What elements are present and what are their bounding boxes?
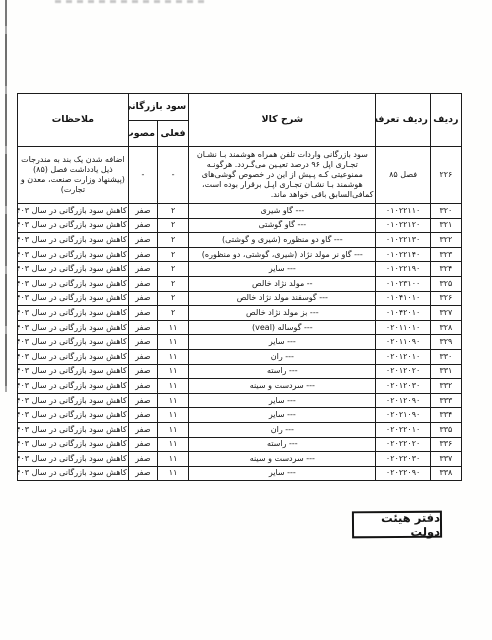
row-number-cell: ۳۲۴ (430, 262, 461, 277)
approved-profit-cell: صفر (128, 452, 157, 467)
approved-profit-cell: صفر (128, 349, 157, 364)
goods-description-cell: --- گاو نر مولد نژاد (شیری، گوشتی، دو من… (189, 247, 376, 262)
table-row: ۳۳۰ ۰۲۰۱۲۰۱۰ --- ران ۱۱ صفر کاهش سود باز… (18, 349, 462, 364)
goods-description-cell: --- گوساله (veal) (189, 320, 376, 335)
remarks-cell: کاهش سود بازرگانی در سال ۱۴۰۳ (18, 262, 129, 277)
table-row: ۳۲۲ ۰۱۰۲۲۱۳۰ --- گاو دو منظوره (شیری و گ… (18, 233, 462, 248)
table-row: ۳۲۴ ۰۱۰۲۲۱۹۰ --- سایر ۲ صفر کاهش سود باز… (18, 262, 462, 277)
remarks-cell: کاهش سود بازرگانی در سال ۱۴۰۳ (18, 335, 129, 350)
row-number-cell: ۳۲۲ (430, 233, 461, 248)
goods-description-cell: --- راسته (189, 437, 376, 452)
tariff-code-cell: ۰۱۰۲۲۱۱۰ (376, 204, 430, 219)
table-row: ۳۲۹ ۰۲۰۱۱۰۹۰ --- سایر ۱۱ صفر کاهش سود با… (18, 335, 462, 350)
goods-description-cell: سود بازرگانی واردات تلفن همراه هوشمند بـ… (189, 147, 376, 204)
table-row: ۳۳۱ ۰۲۰۱۲۰۲۰ --- راسته ۱۱ صفر کاهش سود ب… (18, 364, 462, 379)
tariff-code-cell: ۰۲۰۱۱۰۱۰ (376, 320, 430, 335)
table-row: ۳۲۸ ۰۲۰۱۱۰۱۰ --- گوساله (veal) ۱۱ صفر کا… (18, 320, 462, 335)
remarks-cell: کاهش سود بازرگانی در سال ۱۴۰۳ (18, 437, 129, 452)
current-profit-cell: ۲ (157, 291, 188, 306)
remarks-cell: کاهش سود بازرگانی در سال ۱۴۰۳ (18, 466, 129, 481)
row-number-cell: ۳۳۸ (430, 466, 461, 481)
remarks-cell: کاهش سود بازرگانی در سال ۱۴۰۳ (18, 276, 129, 291)
table-row: ۳۲۵ ۰۱۰۲۳۱۰۰ -- مولد نژاد خالص ۲ صفر کاه… (18, 276, 462, 291)
table-row: ۳۳۸ ۰۲۰۲۲۰۹۰ --- سایر ۱۱ صفر کاهش سود با… (18, 466, 462, 481)
remarks-cell: کاهش سود بازرگانی در سال ۱۴۰۳ (18, 364, 129, 379)
current-profit-cell: - (157, 147, 188, 204)
current-profit-cell: ۲ (157, 204, 188, 219)
header-approved: مصوب (128, 121, 157, 147)
page-left-edge-artifact (5, 0, 7, 392)
current-profit-cell: ۲ (157, 247, 188, 262)
goods-description-cell: --- گاو شیری (189, 204, 376, 219)
remarks-cell: کاهش سود بازرگانی در سال ۱۴۰۳ (18, 306, 129, 321)
scanned-document-page: { "table": { "headers": { "radif": "ردیف… (0, 0, 492, 640)
remarks-cell: اضافه شدن یک بند به مندرجات ذیل یادداشت … (18, 147, 129, 204)
tariff-code-cell: ۰۲۰۲۲۰۹۰ (376, 466, 430, 481)
tariff-code-cell: ۰۲۰۱۲۰۳۰ (376, 379, 430, 394)
goods-description-cell: --- سردست و سینه (189, 452, 376, 467)
current-profit-cell: ۲ (157, 218, 188, 233)
row-number-cell: ۳۲۰ (430, 204, 461, 219)
tariff-code-cell: ۰۱۰۴۱۰۱۰ (376, 291, 430, 306)
table-row: ۳۳۷ ۰۲۰۲۲۰۳۰ --- سردست و سینه ۱۱ صفر کاه… (18, 452, 462, 467)
remarks-cell: کاهش سود بازرگانی در سال ۱۴۰۳ (18, 349, 129, 364)
remarks-cell: کاهش سود بازرگانی در سال ۱۴۰۳ (18, 379, 129, 394)
row-number-cell: ۳۳۱ (430, 364, 461, 379)
remarks-cell: کاهش سود بازرگانی در سال ۱۴۰۳ (18, 204, 129, 219)
tariff-rows-body: ۳۲۰ ۰۱۰۲۲۱۱۰ --- گاو شیری ۲ صفر کاهش سود… (18, 204, 462, 481)
current-profit-cell: ۲ (157, 233, 188, 248)
remarks-cell: کاهش سود بازرگانی در سال ۱۴۰۳ (18, 218, 129, 233)
current-profit-cell: ۱۱ (157, 393, 188, 408)
current-profit-cell: ۱۱ (157, 320, 188, 335)
goods-description-cell: -- مولد نژاد خالص (189, 276, 376, 291)
approved-profit-cell: صفر (128, 276, 157, 291)
goods-description-cell: --- سایر (189, 466, 376, 481)
tariff-code-cell: ۰۲۰۱۲۰۲۰ (376, 364, 430, 379)
goods-description-cell: --- ران (189, 422, 376, 437)
goods-description-cell: --- سایر (189, 262, 376, 277)
row-number-cell: ۳۲۱ (430, 218, 461, 233)
table-row: ۳۲۳ ۰۱۰۲۲۱۴۰ --- گاو نر مولد نژاد (شیری،… (18, 247, 462, 262)
page-top-scan-artifact (55, 0, 205, 3)
row-number-cell: ۳۳۷ (430, 452, 461, 467)
tariff-code-cell: ۰۲۰۲۲۰۱۰ (376, 422, 430, 437)
goods-description-cell: --- سایر (189, 408, 376, 423)
tariff-code-cell: ۰۲۰۲۲۰۳۰ (376, 452, 430, 467)
tariff-code-cell: ۰۲۰۱۲۰۱۰ (376, 349, 430, 364)
remarks-cell: کاهش سود بازرگانی در سال ۱۴۰۳ (18, 393, 129, 408)
table-row: ۳۲۱ ۰۱۰۲۲۱۲۰ --- گاو گوشتی ۲ صفر کاهش سو… (18, 218, 462, 233)
row-number-cell: ۳۳۳ (430, 393, 461, 408)
tariff-table-header: ردیف ردیف تعرفه شرح کالا سود بازرگانی مل… (18, 94, 462, 147)
current-profit-cell: ۱۱ (157, 422, 188, 437)
current-profit-cell: ۱۱ (157, 349, 188, 364)
approved-profit-cell: صفر (128, 320, 157, 335)
remarks-cell: کاهش سود بازرگانی در سال ۱۴۰۳ (18, 452, 129, 467)
tariff-code-cell: ۰۱۰۲۲۱۲۰ (376, 218, 430, 233)
row-number-cell: ۳۲۶ (430, 291, 461, 306)
goods-description-cell: --- بز مولد نژاد خالص (189, 306, 376, 321)
header-goods-description: شرح کالا (189, 94, 376, 147)
goods-description-cell: --- گاو دو منظوره (شیری و گوشتی) (189, 233, 376, 248)
table-row: ۳۲۰ ۰۱۰۲۲۱۱۰ --- گاو شیری ۲ صفر کاهش سود… (18, 204, 462, 219)
table-row: ۳۳۵ ۰۲۰۲۲۰۱۰ --- ران ۱۱ صفر کاهش سود باز… (18, 422, 462, 437)
row-number-cell: ۳۲۹ (430, 335, 461, 350)
tariff-table: ردیف ردیف تعرفه شرح کالا سود بازرگانی مل… (17, 93, 462, 481)
row-number-cell: ۲۲۶ (430, 147, 461, 204)
current-profit-cell: ۱۱ (157, 364, 188, 379)
tariff-code-cell: ۰۱۰۲۲۱۳۰ (376, 233, 430, 248)
approved-profit-cell: صفر (128, 204, 157, 219)
header-tariff-code: ردیف تعرفه (376, 94, 430, 147)
remarks-cell: کاهش سود بازرگانی در سال ۱۴۰۳ (18, 247, 129, 262)
row-number-cell: ۳۳۶ (430, 437, 461, 452)
remarks-cell: کاهش سود بازرگانی در سال ۱۴۰۳ (18, 320, 129, 335)
remarks-cell: کاهش سود بازرگانی در سال ۱۴۰۳ (18, 291, 129, 306)
current-profit-cell: ۱۱ (157, 335, 188, 350)
goods-description-cell: --- گوسفند مولد نژاد خالص (189, 291, 376, 306)
approved-profit-cell: صفر (128, 262, 157, 277)
approved-profit-cell: صفر (128, 408, 157, 423)
approved-profit-cell: صفر (128, 233, 157, 248)
header-row-number: ردیف (430, 94, 461, 147)
approved-profit-cell: صفر (128, 422, 157, 437)
chapter-85-row: ۲۲۶ فصل ۸۵ سود بازرگانی واردات تلفن همرا… (18, 147, 462, 204)
current-profit-cell: ۲ (157, 306, 188, 321)
approved-profit-cell: صفر (128, 437, 157, 452)
goods-description-cell: --- سایر (189, 393, 376, 408)
header-commercial-profit: سود بازرگانی (128, 94, 188, 121)
approved-profit-cell: صفر (128, 218, 157, 233)
row-number-cell: ۳۲۵ (430, 276, 461, 291)
current-profit-cell: ۲ (157, 276, 188, 291)
row-number-cell: ۳۳۵ (430, 422, 461, 437)
tariff-code-cell: فصل ۸۵ (376, 147, 430, 204)
tariff-code-cell: ۰۱۰۲۲۱۹۰ (376, 262, 430, 277)
tariff-code-cell: ۰۱۰۲۲۱۴۰ (376, 247, 430, 262)
cabinet-office-stamp-label: دفتر هیئت دولت (354, 510, 440, 539)
table-row: ۳۳۳ ۰۲۰۱۲۰۹۰ --- سایر ۱۱ صفر کاهش سود با… (18, 393, 462, 408)
current-profit-cell: ۱۱ (157, 408, 188, 423)
tariff-code-cell: ۰۲۰۲۱۰۹۰ (376, 408, 430, 423)
approved-profit-cell: صفر (128, 335, 157, 350)
tariff-code-cell: ۰۲۰۱۱۰۹۰ (376, 335, 430, 350)
row-number-cell: ۳۳۰ (430, 349, 461, 364)
approved-profit-cell: صفر (128, 364, 157, 379)
current-profit-cell: ۱۱ (157, 466, 188, 481)
remarks-cell: کاهش سود بازرگانی در سال ۱۴۰۳ (18, 408, 129, 423)
tariff-code-cell: ۰۲۰۱۲۰۹۰ (376, 393, 430, 408)
tariff-code-cell: ۰۲۰۲۲۰۲۰ (376, 437, 430, 452)
row-number-cell: ۳۲۸ (430, 320, 461, 335)
row-number-cell: ۳۲۷ (430, 306, 461, 321)
table-row: ۳۲۷ ۰۱۰۴۲۰۱۰ --- بز مولد نژاد خالص ۲ صفر… (18, 306, 462, 321)
table-row: ۳۳۴ ۰۲۰۲۱۰۹۰ --- سایر ۱۱ صفر کاهش سود با… (18, 408, 462, 423)
tariff-code-cell: ۰۱۰۴۲۰۱۰ (376, 306, 430, 321)
current-profit-cell: ۲ (157, 262, 188, 277)
current-profit-cell: ۱۱ (157, 379, 188, 394)
approved-profit-cell: صفر (128, 247, 157, 262)
row-number-cell: ۳۲۳ (430, 247, 461, 262)
tariff-code-cell: ۰۱۰۲۳۱۰۰ (376, 276, 430, 291)
approved-profit-cell: صفر (128, 291, 157, 306)
table-row: ۳۲۶ ۰۱۰۴۱۰۱۰ --- گوسفند مولد نژاد خالص ۲… (18, 291, 462, 306)
header-current: فعلی (157, 121, 188, 147)
goods-description-cell: --- راسته (189, 364, 376, 379)
current-profit-cell: ۱۱ (157, 452, 188, 467)
goods-description-cell: --- سایر (189, 335, 376, 350)
approved-profit-cell: صفر (128, 379, 157, 394)
goods-description-cell: --- ران (189, 349, 376, 364)
approved-profit-cell: صفر (128, 393, 157, 408)
goods-description-cell: --- سردست و سینه (189, 379, 376, 394)
current-profit-cell: ۱۱ (157, 437, 188, 452)
approved-profit-cell: صفر (128, 306, 157, 321)
remarks-cell: کاهش سود بازرگانی در سال ۱۴۰۳ (18, 422, 129, 437)
remarks-cell: کاهش سود بازرگانی در سال ۱۴۰۳ (18, 233, 129, 248)
row-number-cell: ۳۳۲ (430, 379, 461, 394)
goods-description-cell: --- گاو گوشتی (189, 218, 376, 233)
table-row: ۳۳۶ ۰۲۰۲۲۰۲۰ --- راسته ۱۱ صفر کاهش سود ب… (18, 437, 462, 452)
header-remarks: ملاحظات (18, 94, 129, 147)
cabinet-office-stamp: دفتر هیئت دولت (352, 511, 442, 539)
approved-profit-cell: صفر (128, 466, 157, 481)
table-row: ۳۳۲ ۰۲۰۱۲۰۳۰ --- سردست و سینه ۱۱ صفر کاه… (18, 379, 462, 394)
row-number-cell: ۳۳۴ (430, 408, 461, 423)
approved-profit-cell: - (128, 147, 157, 204)
